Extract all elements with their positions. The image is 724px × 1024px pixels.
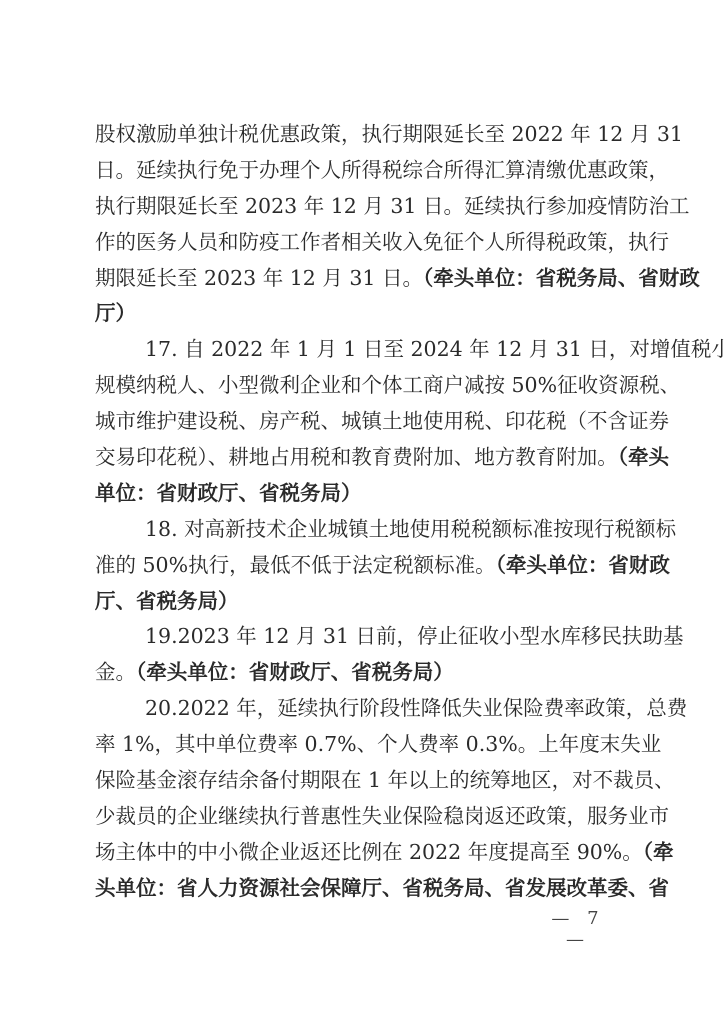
lead-unit-note: （牵: [643, 840, 674, 864]
lead-unit-note: 头单位：省人力资源社会保障厅、省税务局、省发展改革委、省: [95, 876, 669, 900]
line-text: 规模纳税人、小型微利企业和个体工商户减按 50%征收资源税、: [95, 373, 680, 397]
text-line: 17. 自 2022 年 1 月 1 日至 2024 年 12 月 31 日，对…: [95, 332, 631, 368]
lead-unit-note: （牵头单位：省财政: [496, 553, 670, 577]
line-text: 19.2023 年 12 月 31 日前，停止征收小型水库移民扶助基: [145, 624, 684, 648]
text-line: 执行期限延长至 2023 年 12 月 31 日。延续执行参加疫情防治工: [95, 189, 631, 225]
text-line: 场主体中的中小微企业返还比例在 2022 年度提高至 90%。（牵: [95, 835, 631, 871]
line-text: 期限延长至 2023 年 12 月 31 日。: [95, 266, 423, 290]
text-line: 作的医务人员和防疫工作者相关收入免征个人所得税政策，执行: [95, 225, 631, 261]
text-line: 19.2023 年 12 月 31 日前，停止征收小型水库移民扶助基: [95, 619, 631, 655]
text-line: 少裁员的企业继续执行普惠性失业保险稳岗返还政策，服务业市: [95, 799, 631, 835]
text-line: 厅、省税务局）: [95, 584, 631, 620]
text-line: 期限延长至 2023 年 12 月 31 日。（牵头单位：省税务局、省财政: [95, 261, 631, 297]
line-text: 率 1%，其中单位费率 0.7%、个人费率 0.3%。上年度末失业: [95, 732, 661, 756]
lead-unit-note: 单位：省财政厅、省税务局）: [95, 481, 362, 505]
text-line: 城市维护建设税、房产税、城镇土地使用税、印花税（不含证券: [95, 404, 631, 440]
lead-unit-note: 厅、省税务局）: [95, 589, 239, 613]
text-line: 日。延续执行免于办理个人所得税综合所得汇算清缴优惠政策，: [95, 153, 631, 189]
text-line: 厅）: [95, 296, 631, 332]
line-text: 场主体中的中小微企业返还比例在 2022 年度提高至 90%。: [95, 840, 643, 864]
lead-unit-note: （牵头单位：省税务局、省财政: [423, 266, 700, 290]
text-line: 率 1%，其中单位费率 0.7%、个人费率 0.3%。上年度末失业: [95, 727, 631, 763]
line-text: 20.2022 年，延续执行阶段性降低失业保险费率政策，总费: [145, 696, 687, 720]
line-text: 股权激励单独计税优惠政策，执行期限延长至 2022 年 12 月 31: [95, 122, 683, 146]
line-text: 执行期限延长至 2023 年 12 月 31 日。延续执行参加疫情防治工: [95, 194, 689, 218]
text-line: 保险基金滚存结余备付期限在 1 年以上的统筹地区，对不裁员、: [95, 763, 631, 799]
page-number: — 7 —: [543, 908, 613, 950]
lead-unit-note: （牵头单位：省财政厅、省税务局）: [136, 660, 454, 684]
line-text: 日。延续执行免于办理个人所得税综合所得汇算清缴优惠政策，: [95, 158, 669, 182]
text-line: 准的 50%执行，最低不低于法定税额标准。（牵头单位：省财政: [95, 548, 631, 584]
lead-unit-note: 厅）: [95, 301, 136, 325]
line-text: 金。: [95, 660, 136, 684]
text-line: 20.2022 年，延续执行阶段性降低失业保险费率政策，总费: [95, 691, 631, 727]
line-text: 交易印花税）、耕地占用税和教育费附加、地方教育附加。: [95, 445, 618, 469]
document-body: 股权激励单独计税优惠政策，执行期限延长至 2022 年 12 月 31日。延续执…: [95, 117, 631, 907]
text-line: 18. 对高新技术企业城镇土地使用税税额标准按现行税额标: [95, 512, 631, 548]
line-text: 少裁员的企业继续执行普惠性失业保险稳岗返还政策，服务业市: [95, 804, 669, 828]
line-text: 17. 自 2022 年 1 月 1 日至 2024 年 12 月 31 日，对…: [145, 337, 724, 361]
line-text: 准的 50%执行，最低不低于法定税额标准。: [95, 553, 496, 577]
text-line: 股权激励单独计税优惠政策，执行期限延长至 2022 年 12 月 31: [95, 117, 631, 153]
line-text: 作的医务人员和防疫工作者相关收入免征个人所得税政策，执行: [95, 230, 669, 254]
line-text: 保险基金滚存结余备付期限在 1 年以上的统筹地区，对不裁员、: [95, 768, 675, 792]
line-text: 城市维护建设税、房产税、城镇土地使用税、印花税（不含证券: [95, 409, 669, 433]
lead-unit-note: （牵头: [618, 445, 669, 469]
text-line: 金。（牵头单位：省财政厅、省税务局）: [95, 655, 631, 691]
text-line: 规模纳税人、小型微利企业和个体工商户减按 50%征收资源税、: [95, 368, 631, 404]
text-line: 单位：省财政厅、省税务局）: [95, 476, 631, 512]
text-line: 交易印花税）、耕地占用税和教育费附加、地方教育附加。（牵头: [95, 440, 631, 476]
line-text: 18. 对高新技术企业城镇土地使用税税额标准按现行税额标: [145, 517, 676, 541]
text-line: 头单位：省人力资源社会保障厅、省税务局、省发展改革委、省: [95, 871, 631, 907]
